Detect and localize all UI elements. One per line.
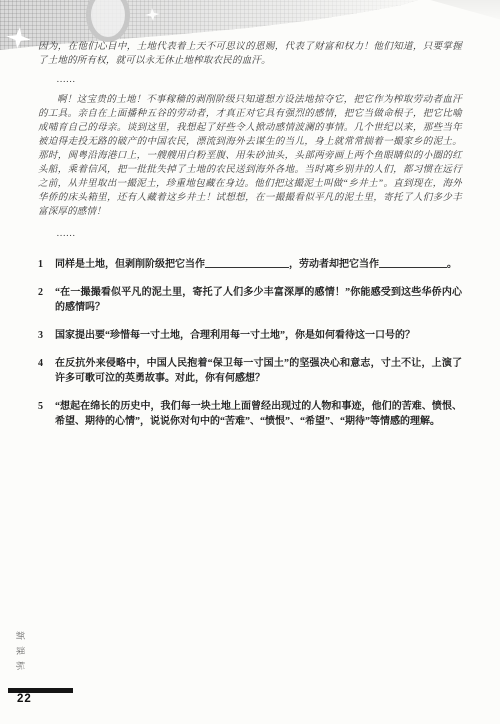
spine-text: 新 课 标 bbox=[13, 633, 27, 673]
question-row-2: 2 “在一撮撮看似平凡的泥土里，寄托了人们多少丰富深厚的感情！”你能感受到这些华… bbox=[38, 285, 462, 315]
page-number: 22 bbox=[17, 693, 32, 705]
fill-in-blank-line bbox=[379, 258, 447, 268]
fill-in-blank-line bbox=[205, 258, 289, 268]
scanned-workbook-page: 因为，在他们心目中，土地代表着上天不可思议的恩赐，代表了财富和权力！他们知道，只… bbox=[0, 0, 500, 724]
passage-paragraph-1: 因为，在他们心目中，土地代表着上天不可思议的恩赐，代表了财富和权力！他们知道，只… bbox=[38, 40, 462, 68]
question-row-5: 5 “想起在绵长的历史中，我们每一块土地上面曾经出现过的人物和事迹，他们的苦难、… bbox=[38, 399, 462, 429]
question-text: “在一撮撮看似平凡的泥土里，寄托了人们多少丰富深厚的感情！”你能感受到这些华侨内… bbox=[55, 285, 462, 315]
question-text: 在反抗外来侵略中，中国人民抱着“保卫每一寸国土”的坚强决心和意志，寸土不让，上演… bbox=[55, 356, 462, 386]
question-text: “想起在绵长的历史中，我们每一块土地上面曾经出现过的人物和事迹，他们的苦难、愤恨… bbox=[55, 399, 462, 429]
question-1-end: 。 bbox=[447, 259, 457, 270]
question-row-4: 4 在反抗外来侵略中，中国人民抱着“保卫每一寸国土”的坚强决心和意志，寸土不让，… bbox=[38, 356, 462, 386]
question-row-1: 1 同样是土地，但剥削阶级把它当作，劳动者却把它当作。 bbox=[38, 257, 462, 272]
spine-character: 课 bbox=[15, 646, 25, 660]
question-1-pre: 同样是土地，但剥削阶级把它当作 bbox=[55, 259, 205, 270]
question-text: 国家提出要“珍惜每一寸土地，合理利用每一寸土地”，你是如何看待这一口号的？ bbox=[55, 328, 462, 343]
question-number: 3 bbox=[38, 328, 55, 343]
ellipsis-line: …… bbox=[38, 74, 462, 87]
question-row-3: 3 国家提出要“珍惜每一寸土地，合理利用每一寸土地”，你是如何看待这一口号的？ bbox=[38, 328, 462, 343]
question-number: 5 bbox=[38, 399, 55, 429]
question-1-mid: ，劳动者却把它当作 bbox=[289, 259, 379, 270]
spine-character: 标 bbox=[15, 661, 25, 675]
spine-character: 新 bbox=[15, 631, 25, 645]
question-number: 2 bbox=[38, 285, 55, 315]
page-content: 因为，在他们心目中，土地代表着上天不可思议的恩赐，代表了财富和权力！他们知道，只… bbox=[38, 40, 462, 442]
ellipsis-line: …… bbox=[38, 228, 462, 241]
question-number: 4 bbox=[38, 356, 55, 386]
question-number: 1 bbox=[38, 257, 55, 272]
corner-shading bbox=[415, 0, 500, 26]
question-text: 同样是土地，但剥削阶级把它当作，劳动者却把它当作。 bbox=[55, 257, 462, 272]
passage-paragraph-2: 啊！这宝贵的土地！不事稼穑的剥削阶级只知道想方设法地掠夺它，把它作为榨取劳动者血… bbox=[38, 93, 462, 219]
